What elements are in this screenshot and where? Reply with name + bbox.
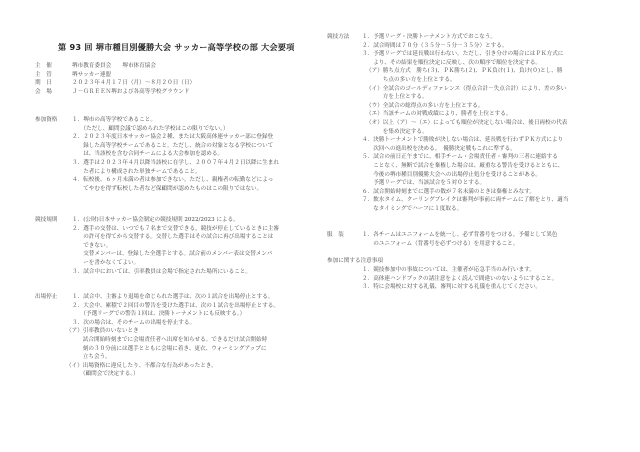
rules-line: １．(公財)日本サッカー協会制定の競技規則 2022/2023 による。 <box>72 216 279 225</box>
rules-line: ーを書かなくてよい。 <box>72 259 279 268</box>
uniform-line: １．各チームはユニフォームを統一し、必ず背番号をつける。予備として異色 <box>362 231 558 240</box>
document-page: 第 93 回 堺市種目別優勝大会 サッカー高等学校の部 大会要項 主 催 堺市教… <box>0 0 640 452</box>
format-line: １．予選リーグ・決勝トーナメント方式でおこなう。 <box>362 33 568 42</box>
suspension-line: １．試合中、主審より退場を命じられた選手は、次の１試合を出場停止とする。 <box>72 293 279 302</box>
section-label-suspension: 出場停止 <box>35 293 57 302</box>
format-line: ７．飲水タイム、クーリングブレイクは審判が事前に両チームに了解をとり、適当 <box>362 196 568 205</box>
format-line: ３．予選リーグでは延長戦は行わない。ただし、引き分けの場合にはＰＫ方式に <box>362 50 568 59</box>
format-line: ５．試合の前日正午までに、相手チーム・会場責任者・審判の三者に連絡する <box>362 153 568 162</box>
format-line: 予選リーグでは、当該試合を５対０とする。 <box>362 179 568 188</box>
section-eligibility: １．堺市の高等学校であること。 （ただし、顧問会議で認められた学校はこの限りでな… <box>72 116 279 193</box>
suspension-line: （予選リーグでの警告１回は、決勝トーナメントにも反映する。） <box>72 310 279 319</box>
label-management: 主 管 <box>35 71 52 80</box>
format-line: 次回への進出校を決める。 優勝決定戦もこれに準ずる。 <box>362 145 568 154</box>
format-line: 方を上位とする。 <box>366 93 568 102</box>
format-line: ６．試合開始時刻までに選手の数が７名未満のときは棄権とみなす。 <box>362 188 568 197</box>
label-venue: 会 場 <box>35 88 52 97</box>
section-label-eligibility: 参加資格 <box>35 116 57 125</box>
rules-line: ３．試合中においては、引率教員は会場で指定された場所にいること。 <box>72 268 279 277</box>
format-line: 今後の堺市種目別優勝大会への出場停止処分を受けることがある。 <box>362 171 568 180</box>
eligibility-line: ２．２０２３年度日本サッカー協会２種、または大阪高体連サッカー部に登録登 <box>72 133 279 142</box>
format-line: なタイミングでハーフに１度取る。 <box>362 205 568 214</box>
format-line: （エ）当該チームの対戦成績により、勝者を上位とする。 <box>366 110 568 119</box>
notes-line: １．競技参加中の事故については、主催者が応急手当のみ行います。 <box>362 266 557 275</box>
eligibility-line: た者により構成された単独チームであること。 <box>72 168 279 177</box>
eligibility-line: 録した高等学校チームであること。ただし、統合の対象となる学校について <box>72 142 279 151</box>
label-organizer: 主 催 <box>35 62 52 71</box>
section-label-format: 競技方法 <box>327 33 349 42</box>
eligibility-line: てやむを得ず転校した者など保顧問が認めたものはこの限りではない。 <box>72 185 279 194</box>
suspension-line: （イ）出場資格に違反したり、不都合な行為があったとき。 <box>66 362 279 371</box>
eligibility-line: ４．転校後、６ヶ月未満の者は参加できない。ただし、親権者の転勤などによっ <box>72 176 279 185</box>
rules-line: ２．選手の交替は、いつでも７名まで交替できる。競技が停止しているときに主審 <box>72 225 279 234</box>
section-notes: １．競技参加中の事故については、主催者が応急手当のみ行います。 ２．高体連ハンド… <box>362 266 557 292</box>
label-dates: 期 日 <box>35 79 52 88</box>
suspension-line: 立ち会う。 <box>66 353 279 362</box>
section-format: １．予選リーグ・決勝トーナメント方式でおこなう。 ２．試合時間は７０分（３５分－… <box>362 33 568 213</box>
eligibility-line: ３．選手は２０２３年４月以降当該校に在学し、２００７年４月２日以降に生まれ <box>72 159 279 168</box>
rules-line: の許可を得てから交替する。交替した選手はその試合に再び出場することは <box>72 233 279 242</box>
suspension-line: 刻の３０分前には選手とともに会場に着き、更衣、ウォーミングアップに <box>66 345 279 354</box>
suspension-line: ３．次の場合は、そのチームの出場を停止する。 <box>72 319 279 328</box>
rules-line: 交替メンバーは、登録した全選手とする。試合前のメンバー表は交替メンバ <box>72 250 279 259</box>
format-line: （ア）勝ち点方式 勝ち(３)、ＰＫ勝ち(２)、ＰＫ負け(１)、負け(０)とし、勝 <box>366 67 568 76</box>
format-line: （イ）全試合のゴールディファレンス（得点合計－失点合計）により、差の多い <box>366 85 568 94</box>
value-dates: ２０２３年４月１７日（月）～８月２０日（日） <box>72 79 195 88</box>
format-line: を集め決定する。 <box>366 128 568 137</box>
format-line: （オ）以上（ア）～（エ）によっても順位が決定しない場合は、後日両校の代表 <box>366 119 568 128</box>
section-label-uniform: 服 装 <box>327 231 344 240</box>
document-title: 第 93 回 堺市種目別優勝大会 サッカー高等学校の部 大会要項 <box>58 42 295 53</box>
format-line: ことなく、無断で試合を棄権した場合は、厳重なる警告を受けるとともに、 <box>362 162 568 171</box>
suspension-line: ２．大会中、累積で２回目の警告を受けた選手は、次の１試合を出場停止とする。 <box>72 302 279 311</box>
section-label-rules: 競技規則 <box>35 216 57 225</box>
uniform-line: のユニフォーム（背番号を必ずつける）を用意すること。 <box>362 240 558 249</box>
value-management: 堺サッカー連盟 <box>72 71 111 80</box>
section-suspension: １．試合中、主審より退場を命じられた選手は、次の１試合を出場停止とする。 ２．大… <box>72 293 279 379</box>
format-line: ち点の多い方を上位とする。 <box>366 76 568 85</box>
section-uniform: １．各チームはユニフォームを統一し、必ず背番号をつける。予備として異色 のユニフ… <box>362 231 558 248</box>
format-line: ２．試合時間は７０分（３５分－５分－３５分）とする。 <box>362 42 568 51</box>
value-venue: Ｊ－ＧＲＥＥＮ堺および各高等学校グラウンド <box>72 88 189 97</box>
notes-line: ２．高体連ハンドブックの諸注意をよく読んで間違いのないようにすること。 <box>362 275 557 284</box>
notes-line: ３．特に会場校に対する礼儀、審判に対する礼儀を重んじてください。 <box>362 283 557 292</box>
value-organizer: 堺市教育委員会 堺市体育協会 <box>72 62 156 71</box>
eligibility-line: （ただし、顧問会議で認められた学校はこの限りでない。） <box>72 125 279 134</box>
suspension-line: 試合開始時刻までに会場責任者へ出席を知らせる。できるだけ試合開始時 <box>66 336 279 345</box>
rules-line: できない。 <box>72 242 279 251</box>
suspension-line: （ア）引率教員のいないとき <box>66 327 279 336</box>
format-line: （ウ）全試合の総得点の多い方を上位とする。 <box>366 102 568 111</box>
suspension-line: （顧問会で決定する。） <box>66 370 279 379</box>
format-line: より、その結果を順位決定に反映し、次の順序で順位を決定する。 <box>362 59 568 68</box>
format-line: ４．決勝トーナメントで勝敗が決しない場合は、延長戦を行わずＰＫ方式により <box>362 136 568 145</box>
eligibility-line: は、当該校を含む合同チームによる大会参加を認める。 <box>72 150 279 159</box>
section-label-notes: 参加に関する注意事項 <box>327 257 383 266</box>
eligibility-line: １．堺市の高等学校であること。 <box>72 116 279 125</box>
section-rules: １．(公財)日本サッカー協会制定の競技規則 2022/2023 による。 ２．選… <box>72 216 279 276</box>
